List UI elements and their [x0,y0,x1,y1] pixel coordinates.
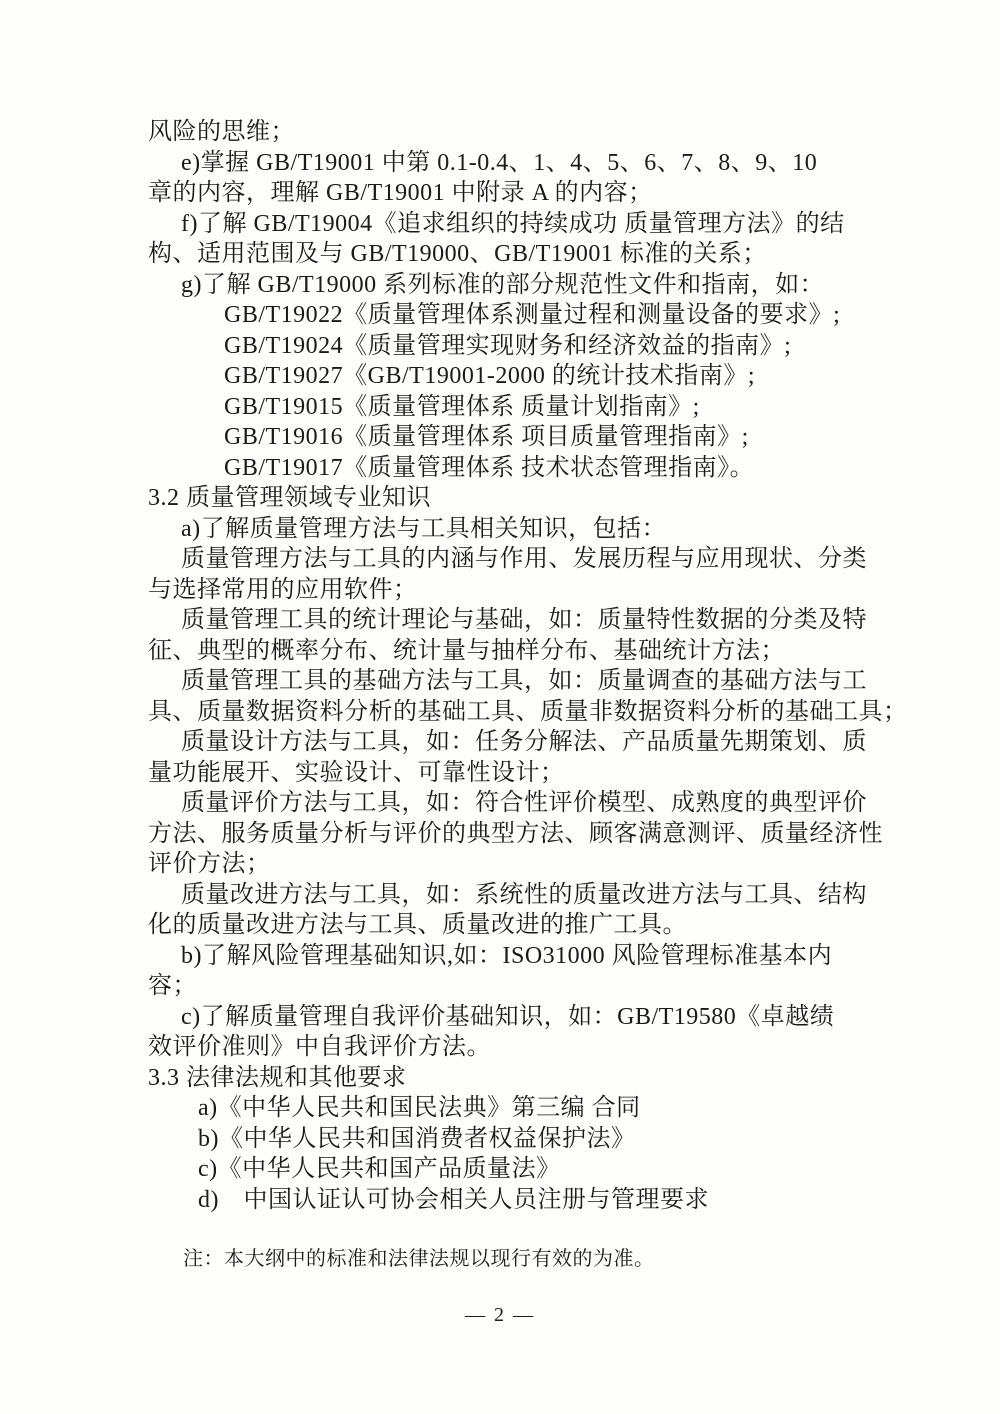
text-line: e)掌握 GB/T19001 中第 0.1-0.4、1、4、5、6、7、8、9、… [148,148,878,179]
text-line: b)《中华人民共和国消费者权益保护法》 [148,1124,878,1155]
text-line: g)了解 GB/T19000 系列标准的部分规范性文件和指南，如： [148,270,878,301]
section-heading: 3.2 质量管理领域专业知识 [148,483,878,514]
text-line: 征、典型的概率分布、统计量与抽样分布、基础统计方法； [148,636,878,667]
text-line: 质量管理工具的基础方法与工具，如：质量调查的基础方法与工 [148,666,878,697]
text-line: 风险的思维； [148,117,878,148]
text-line: b)了解风险管理基础知识,如：ISO31000 风险管理标准基本内 [148,941,878,972]
document-page: 风险的思维；e)掌握 GB/T19001 中第 0.1-0.4、1、4、5、6、… [0,0,1000,1414]
text-line: GB/T19024《质量管理实现财务和经济效益的指南》; [148,331,878,362]
text-line: 质量评价方法与工具，如：符合性评价模型、成熟度的典型评价 [148,788,878,819]
text-line: 构、适用范围及与 GB/T19000、GB/T19001 标准的关系； [148,239,878,270]
footnote: 注：本大纲中的标准和法律法规以现行有效的为准。 [183,1246,655,1272]
text-line: GB/T19016《质量管理体系 项目质量管理指南》; [148,422,878,453]
document-body: 风险的思维；e)掌握 GB/T19001 中第 0.1-0.4、1、4、5、6、… [148,117,878,1215]
section-heading: 3.3 法律法规和其他要求 [148,1063,878,1094]
text-line: 与选择常用的应用软件； [148,575,878,606]
text-line: 质量管理工具的统计理论与基础，如：质量特性数据的分类及特 [148,605,878,636]
text-line: 化的质量改进方法与工具、质量改进的推广工具。 [148,910,878,941]
text-line: 具、质量数据资料分析的基础工具、质量非数据资料分析的基础工具； [148,697,878,728]
text-line: 方法、服务质量分析与评价的典型方法、顾客满意测评、质量经济性 [148,819,878,850]
text-line: 质量设计方法与工具，如：任务分解法、产品质量先期策划、质 [148,727,878,758]
text-line: c)《中华人民共和国产品质量法》 [148,1154,878,1185]
text-line: f)了解 GB/T19004《追求组织的持续成功 质量管理方法》的结 [148,209,878,240]
text-line: 章的内容，理解 GB/T19001 中附录 A 的内容； [148,178,878,209]
text-line: 评价方法； [148,849,878,880]
text-line: c)了解质量管理自我评价基础知识，如：GB/T19580《卓越绩 [148,1002,878,1033]
text-line: 质量改进方法与工具，如：系统性的质量改进方法与工具、结构 [148,880,878,911]
page-number: — 2 — [0,1303,1000,1327]
text-line: a)《中华人民共和国民法典》第三编 合同 [148,1093,878,1124]
text-line: d) 中国认证认可协会相关人员注册与管理要求 [148,1185,878,1216]
text-line: 质量管理方法与工具的内涵与作用、发展历程与应用现状、分类 [148,544,878,575]
text-line: a)了解质量管理方法与工具相关知识，包括： [148,514,878,545]
text-line: GB/T19027《GB/T19001-2000 的统计技术指南》; [148,361,878,392]
text-line: 容； [148,971,878,1002]
text-line: 量功能展开、实验设计、可靠性设计； [148,758,878,789]
text-line: GB/T19015《质量管理体系 质量计划指南》; [148,392,878,423]
text-line: GB/T19022《质量管理体系测量过程和测量设备的要求》; [148,300,878,331]
text-line: 效评价准则》中自我评价方法。 [148,1032,878,1063]
text-line: GB/T19017《质量管理体系 技术状态管理指南》。 [148,453,878,484]
